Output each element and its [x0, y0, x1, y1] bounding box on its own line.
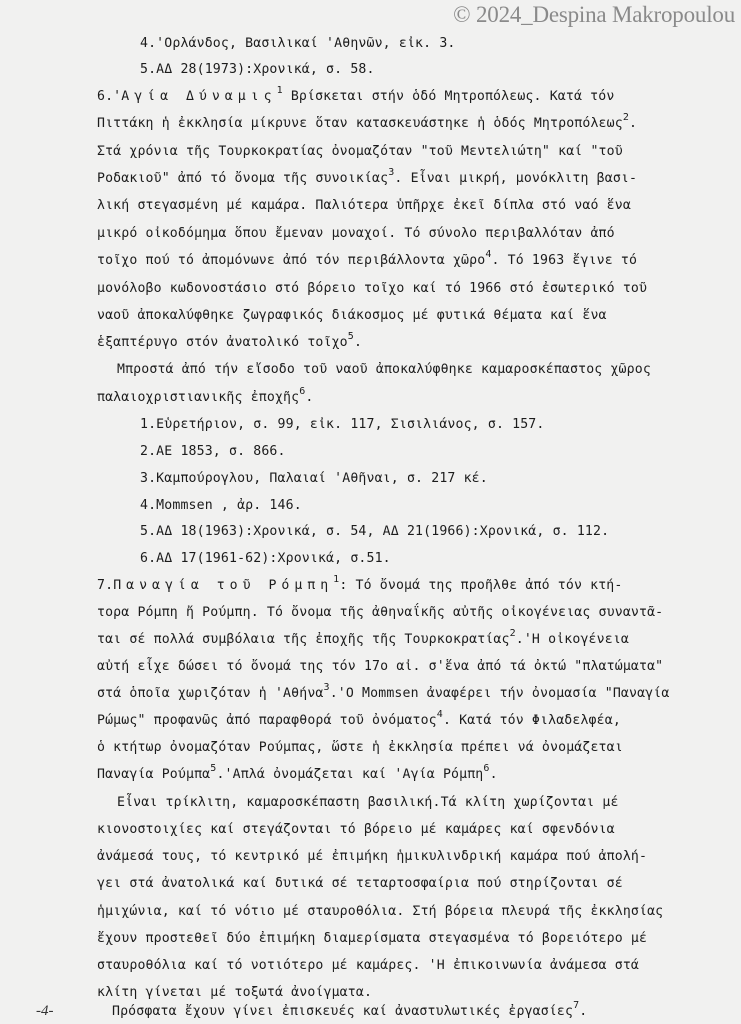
text-run: ἑξαπτέρυγο στόν ἀνατολικό τοῖχο [97, 335, 348, 350]
text-line: 5.ΑΔ 28(1973):Χρονικά, σ. 58. [140, 62, 375, 77]
text-run: 2.ΑΕ 1853, σ. 866. [140, 444, 286, 459]
text-line: στά ὁποῖα χωριζόταν ἡ 'Αθήνα3.'Ο Mommsen… [97, 686, 669, 701]
text-run: . [305, 390, 313, 405]
text-run: ἡμιχώνια, καί τό νότιο μέ σταυροθόλια. Σ… [97, 904, 663, 919]
text-run: 6.' [97, 89, 121, 104]
text-run: . Εἶναι μικρή, μονόκλιτη βασι- [394, 171, 637, 186]
text-line: αὐτή εἶχε δώσει τό ὄνομά της τόν 17ο αἰ.… [97, 659, 663, 674]
text-run: ἀνάμεσά τους, τό κεντρικό μέ ἐπιμήκη ἡμι… [97, 849, 647, 864]
text-run: . [629, 116, 637, 131]
text-run: ἔχουν προστεθεῖ δύο ἐπιμήκη διαμερίσματα… [97, 931, 647, 946]
text-run: Μπροστά ἀπό τήν εἴσοδο τοῦ ναοῦ ἀποκαλύφ… [117, 362, 651, 377]
text-run: αὐτή εἶχε δώσει τό ὄνομά της τόν 17ο αἰ.… [97, 659, 663, 674]
text-run: 5.ΑΔ 28(1973):Χρονικά, σ. 58. [140, 62, 375, 77]
text-line: Ροδακιοῦ" ἀπό τό ὄνομα τῆς συνοικίας3. Ε… [97, 171, 637, 186]
text-line: Παναγία Ρούμπα5.'Απλά ὀνομάζεται καί 'Αγ… [97, 767, 498, 782]
text-line: μονόλοβο κωδονοστάσιο στό βόρειο τοῖχο κ… [97, 281, 647, 296]
text-run: τοῖχο πού τό ἀπομόνωνε ἀπό τόν περιβάλλο… [97, 253, 485, 268]
text-run: Παναγία τοῦ Ρόμπη [113, 578, 333, 593]
text-run: 7. [97, 578, 113, 593]
text-run: Παναγία Ρούμπα [97, 767, 210, 782]
text-run: ται σέ πολλά συμβόλαια τῆς ἐποχῆς τῆς Το… [97, 632, 510, 647]
text-line: κιονοστοιχίες καί στεγάζονται τό βόρειο … [97, 822, 615, 837]
text-run: . Κατά τόν Φιλαδελφέα, [443, 713, 621, 728]
text-run: γει στά ἀνατολικά καί δυτικά σέ τεταρτοσ… [97, 876, 623, 891]
text-line: ναοῦ ἀποκαλύφθηκε ζωγραφικός διάκοσμος μ… [97, 308, 607, 323]
text-line: ἀνάμεσά τους, τό κεντρικό μέ ἐπιμήκη ἡμι… [97, 849, 647, 864]
text-line: Πιττάκη ἡ ἐκκλησία μίκρυνε ὅταν κατασκευ… [97, 116, 637, 131]
text-run: .'Ο Mommsen ἀναφέρει τήν ὀνομασία "Παναγ… [330, 686, 670, 701]
text-run: σταυροθόλια καί τό νοτιότερο μέ καμάρες.… [97, 958, 639, 973]
text-run: παλαιοχριστιανικῆς ἐποχῆς [97, 390, 299, 405]
text-run: . [354, 335, 362, 350]
text-line: Εἶναι τρίκλιτη, καμαροσκέπαστη βασιλική.… [117, 795, 619, 810]
text-line: λική στεγασμένη μέ καμάρα. Παλιότερα ὑπῆ… [97, 198, 631, 213]
text-run: Πρόσφατα ἔχουν γίνει ἐπισκευές καί ἀναστ… [112, 1004, 573, 1019]
text-run: μονόλοβο κωδονοστάσιο στό βόρειο τοῖχο κ… [97, 281, 647, 296]
text-line: 2.ΑΕ 1853, σ. 866. [140, 444, 286, 459]
text-line: τορα Ρόμπη ἤ Ρούμπη. Τό ὄνομα τῆς ἀθηναΐ… [97, 605, 663, 620]
text-run: . [490, 767, 498, 782]
text-line: Μπροστά ἀπό τήν εἴσοδο τοῦ ναοῦ ἀποκαλύφ… [117, 362, 651, 377]
text-run: κιονοστοιχίες καί στεγάζονται τό βόρειο … [97, 822, 615, 837]
text-run: 4.'Ορλάνδος, Βασιλικαί 'Αθηνῶν, εἰκ. 3. [140, 36, 456, 51]
text-line: ὁ κτήτωρ ὀνομαζόταν Ρούμπας, ὥστε ἡ ἐκκλ… [97, 740, 623, 755]
text-run: .'Η οἰκογένεια [516, 632, 629, 647]
text-line: 4.'Ορλάνδος, Βασιλικαί 'Αθηνῶν, εἰκ. 3. [140, 36, 456, 51]
text-line: ἡμιχώνια, καί τό νότιο μέ σταυροθόλια. Σ… [97, 904, 663, 919]
text-run: 5.ΑΔ 18(1963):Χρονικά, σ. 54, ΑΔ 21(1966… [140, 524, 609, 539]
text-run: Ροδακιοῦ" ἀπό τό ὄνομα τῆς συνοικίας [97, 171, 388, 186]
text-run: Πιττάκη ἡ ἐκκλησία μίκρυνε ὅταν κατασκευ… [97, 116, 623, 131]
text-run: μικρό οἰκοδόμημα ὅπου ἔμεναν μοναχοί. Τό… [97, 226, 615, 241]
text-line: 6.ΑΔ 17(1961-62):Χρονικά, σ.51. [140, 551, 391, 566]
text-line: μικρό οἰκοδόμημα ὅπου ἔμεναν μοναχοί. Τό… [97, 226, 615, 241]
copyright-watermark: © 2024_Despina Makropoulou [453, 2, 735, 28]
text-line: ται σέ πολλά συμβόλαια τῆς ἐποχῆς τῆς Το… [97, 632, 629, 647]
text-line: Ρώμως" προφανῶς ἀπό παραφθορά τοῦ ὀνόματ… [97, 713, 621, 728]
text-run: λική στεγασμένη μέ καμάρα. Παλιότερα ὑπῆ… [97, 198, 631, 213]
text-line: 1.Εὑρετήριον, σ. 99, εἰκ. 117, Σισιλιάνο… [140, 417, 544, 432]
text-run: .'Απλά ὀνομάζεται καί 'Αγία Ρόμπη [216, 767, 483, 782]
text-run: στά ὁποῖα χωριζόταν ἡ 'Αθήνα [97, 686, 324, 701]
text-run: Βρίσκεται στήν ὁδό Μητροπόλεως. Κατά τόν [283, 89, 615, 104]
text-run: 6.ΑΔ 17(1961-62):Χρονικά, σ.51. [140, 551, 391, 566]
text-line: Στά χρόνια τῆς Τουρκοκρατίας ὀνομαζόταν … [97, 144, 623, 159]
text-line: 4.Mommsen , ἀρ. 146. [140, 498, 302, 513]
text-line: παλαιοχριστιανικῆς ἐποχῆς6. [97, 390, 314, 405]
text-run: τορα Ρόμπη ἤ Ρούμπη. Τό ὄνομα τῆς ἀθηναΐ… [97, 605, 663, 620]
text-line: ἔχουν προστεθεῖ δύο ἐπιμήκη διαμερίσματα… [97, 931, 647, 946]
text-run: κλίτη γίνεται μέ τοξωτά ἀνοίγματα. [97, 985, 372, 1000]
text-run: ὁ κτήτωρ ὀνομαζόταν Ρούμπας, ὥστε ἡ ἐκκλ… [97, 740, 623, 755]
text-run: 3.Καμπούρογλου, Παλαιαί 'Αθῆναι, σ. 217 … [140, 471, 488, 486]
text-line: Πρόσφατα ἔχουν γίνει ἐπισκευές καί ἀναστ… [112, 1004, 587, 1019]
text-line: 7.Παναγία τοῦ Ρόμπη1: Τό ὄνομά της προῆλ… [97, 578, 622, 593]
text-line: 6.'Αγία Δύναμις1 Βρίσκεται στήν ὁδό Μητρ… [97, 89, 614, 104]
text-line: τοῖχο πού τό ἀπομόνωνε ἀπό τόν περιβάλλο… [97, 253, 637, 268]
text-run: 1.Εὑρετήριον, σ. 99, εἰκ. 117, Σισιλιάνο… [140, 417, 544, 432]
text-line: ἑξαπτέρυγο στόν ἀνατολικό τοῖχο5. [97, 335, 362, 350]
page-number: -4- [36, 1003, 54, 1020]
text-run: 4.Mommsen , ἀρ. 146. [140, 498, 302, 513]
text-run: Εἶναι τρίκλιτη, καμαροσκέπαστη βασιλική.… [117, 795, 619, 810]
text-run: ναοῦ ἀποκαλύφθηκε ζωγραφικός διάκοσμος μ… [97, 308, 607, 323]
text-line: 5.ΑΔ 18(1963):Χρονικά, σ. 54, ΑΔ 21(1966… [140, 524, 609, 539]
text-line: σταυροθόλια καί τό νοτιότερο μέ καμάρες.… [97, 958, 639, 973]
text-line: 3.Καμπούρογλου, Παλαιαί 'Αθῆναι, σ. 217 … [140, 471, 488, 486]
text-line: γει στά ἀνατολικά καί δυτικά σέ τεταρτοσ… [97, 876, 623, 891]
text-run: . Τό 1963 ἔγινε τό [491, 253, 637, 268]
text-run: Ρώμως" προφανῶς ἀπό παραφθορά τοῦ ὀνόματ… [97, 713, 437, 728]
text-run: . [579, 1004, 587, 1019]
text-run: : Τό ὄνομά της προῆλθε ἀπό τόν κτή- [339, 578, 622, 593]
text-run: Στά χρόνια τῆς Τουρκοκρατίας ὀνομαζόταν … [97, 144, 623, 159]
text-run: Αγία Δύναμις [121, 89, 276, 104]
text-line: κλίτη γίνεται μέ τοξωτά ἀνοίγματα. [97, 985, 372, 1000]
